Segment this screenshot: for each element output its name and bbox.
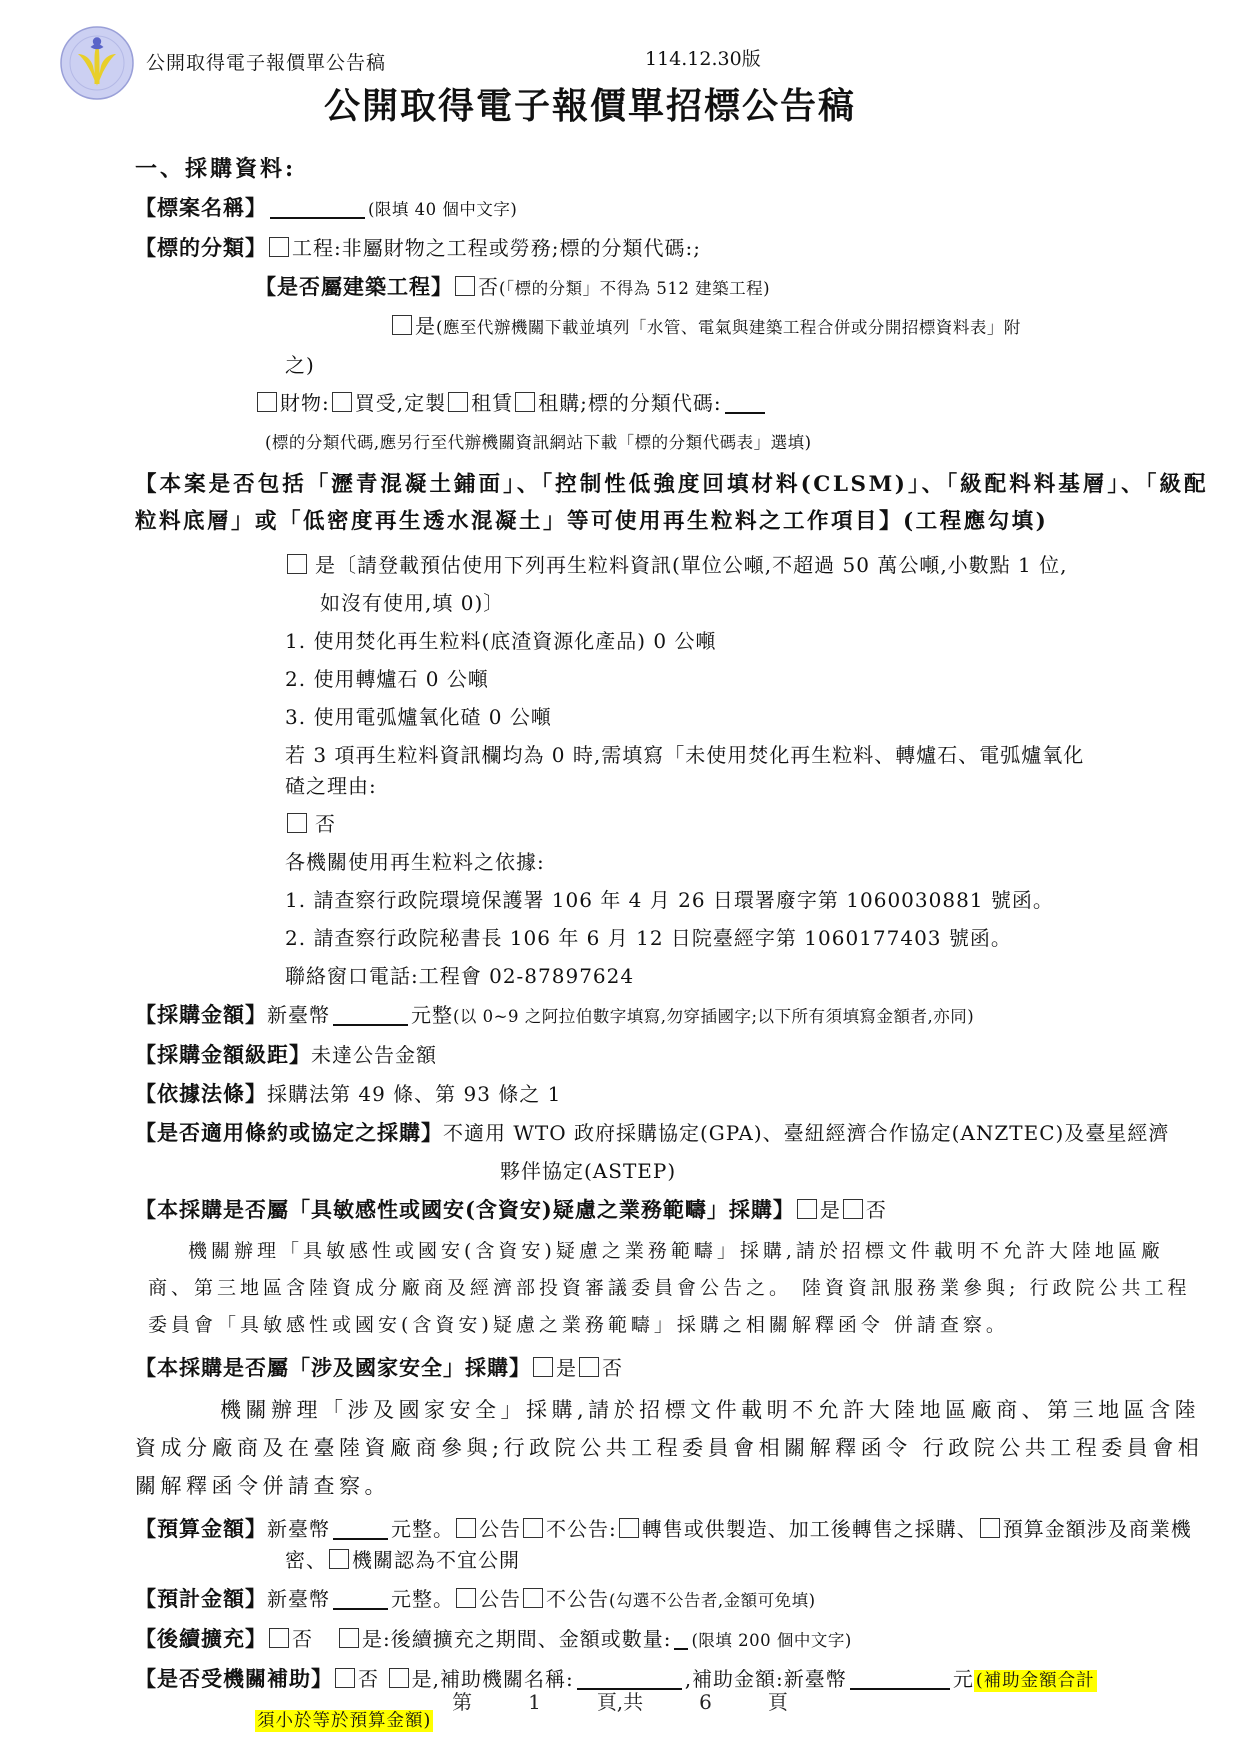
expansion-row: 【後續擴充】否是:後續擴充之期間、金額或數量:(限填 200 個中文字) — [135, 1623, 1208, 1656]
sensitive-yes-text: 是 — [820, 1198, 841, 1222]
form-body: 一、採購資料: 【標案名稱】(限填 40 個中文字) 【標的分類】工程:非屬財物… — [135, 152, 1208, 1744]
treaty-line2-row: 夥伴協定(ASTEP) — [500, 1156, 1208, 1187]
checkbox-budget-resale[interactable] — [619, 1518, 639, 1538]
recycled-item3: 3. 使用電弧爐氧化碴 0 公噸 — [285, 705, 552, 729]
recycled-basis1-row: 1. 請查察行政院環境保護署 106 年 4 月 26 日環署廢字第 10600… — [285, 885, 1208, 916]
checkbox-lease[interactable] — [448, 392, 468, 412]
recycled-yes-cont: 如沒有使用,填 0)〕 — [320, 591, 504, 615]
treaty-line1: 不適用 WTO 政府採購協定(GPA)、臺紐經濟合作協定(ANZTEC)及臺星經… — [443, 1121, 1169, 1145]
recycled-yes-row: 是〔請登載預估使用下列再生粒料資訊(單位公噸,不超過 50 萬公噸,小數點 1 … — [285, 550, 1208, 581]
checkbox-budget-trade-secret[interactable] — [980, 1518, 1000, 1538]
amount-label: 【採購金額】 — [135, 1002, 267, 1027]
footer-page-number: 1 — [528, 1690, 541, 1714]
construction-yes-text: 是 — [415, 314, 436, 338]
expansion-label: 【後續擴充】 — [135, 1626, 267, 1651]
legal-label: 【依據法條】 — [135, 1081, 267, 1106]
estimated-note: (勾選不公告者,金額可免填) — [609, 1591, 816, 1610]
legal-row: 【依據法條】採購法第 49 條、第 93 條之 1 — [135, 1078, 1208, 1110]
blank-case-name[interactable] — [270, 196, 365, 219]
classification-label: 【標的分類】 — [135, 235, 267, 260]
checkbox-construction-yes[interactable] — [392, 315, 412, 335]
amount-row: 【採購金額】新臺幣元整(以 0~9 之阿拉伯數字填寫,勿穿插國字;以下所有須填寫… — [135, 999, 1208, 1032]
recycled-basis2-row: 2. 請查察行政院秘書長 106 年 6 月 12 日院臺經字第 1060177… — [285, 923, 1208, 954]
footer-suffix: 頁 — [768, 1690, 788, 1714]
estimated-unit: 元整。 — [391, 1587, 454, 1611]
case-name-label: 【標案名稱】 — [135, 195, 267, 220]
recycled-question: 【本案是否包括「瀝青混凝土鋪面」、「控制性低強度回填材料(CLSM)」、「級配料… — [135, 466, 1208, 540]
natsec-no-text: 否 — [602, 1356, 623, 1380]
checkbox-expansion-yes[interactable] — [339, 1628, 359, 1648]
sensitive-label: 【本採購是否屬「具敏感性或國安(含資安)疑慮之業務範疇」採購】 — [135, 1197, 795, 1222]
checkbox-recycled-no[interactable] — [287, 813, 307, 833]
document-name: 公開取得電子報價單公告稿 — [146, 48, 386, 75]
recycled-item3-row: 3. 使用電弧爐氧化碴 0 公噸 — [285, 702, 1208, 733]
checkbox-construction-no[interactable] — [455, 276, 475, 296]
natsec-label: 【本採購是否屬「涉及國家安全」採購】 — [135, 1355, 531, 1380]
construction-row: 【是否屬建築工程】否(「標的分類」不得為 512 建築工程) — [255, 271, 1208, 304]
checkbox-sensitive-no[interactable] — [843, 1199, 863, 1219]
legal-value: 採購法第 49 條、第 93 條之 1 — [267, 1082, 561, 1106]
natsec-row: 【本採購是否屬「涉及國家安全」採購】是否 — [135, 1352, 1208, 1384]
goods-row: 財物:買受,定製租賃租購;標的分類代碼: — [255, 388, 1208, 419]
checkbox-goods[interactable] — [257, 392, 277, 412]
blank-class-code[interactable] — [725, 391, 765, 414]
estimated-label: 【預計金額】 — [135, 1586, 267, 1611]
recycled-item1-row: 1. 使用焚化再生粒料(底渣資源化產品) 0 公噸 — [285, 626, 1208, 657]
blank-estimated-amount[interactable] — [333, 1587, 388, 1610]
expansion-no-text: 否 — [292, 1627, 313, 1651]
budget-row: 【預算金額】新臺幣元整。公告不公告:轉售或供製造、加工後轉售之採購、預算金額涉及… — [135, 1513, 1208, 1576]
blank-purchase-amount[interactable] — [333, 1003, 408, 1026]
construction-no-note: (「標的分類」不得為 512 建築工程) — [499, 279, 770, 298]
budget-opt3-text: 機關認為不宜公開 — [352, 1548, 520, 1572]
estimated-announce-text: 公告 — [479, 1587, 521, 1611]
recycled-basis-title: 各機關使用再生粒料之依據: — [285, 850, 545, 874]
class-code-note-row: (標的分類代碼,應另行至代辦機關資訊網站下載「標的分類代碼表」選填) — [265, 426, 1208, 458]
checkbox-recycled-yes[interactable] — [287, 554, 307, 574]
section-heading: 一、採購資料: — [135, 152, 1208, 183]
buy-text: 買受,定製 — [355, 391, 446, 415]
hire-text: 租購;標的分類代碼: — [538, 391, 721, 415]
recycled-contact-row: 聯絡窗口電話:工程會 02-87897624 — [285, 961, 1208, 992]
recycled-yes-text: 是〔請登載預估使用下列再生粒料資訊(單位公噸,不超過 50 萬公噸,小數點 1 … — [315, 553, 1067, 577]
recycled-item2-row: 2. 使用轉爐石 0 公噸 — [285, 664, 1208, 695]
estimated-currency: 新臺幣 — [267, 1587, 330, 1611]
budget-currency: 新臺幣 — [267, 1517, 330, 1541]
classification-row: 【標的分類】工程:非屬財物之工程或勞務;標的分類代碼:; — [135, 232, 1208, 264]
range-label: 【採購金額級距】 — [135, 1042, 311, 1067]
blank-budget-amount[interactable] — [333, 1517, 388, 1540]
checkbox-budget-announce[interactable] — [456, 1518, 476, 1538]
estimated-row: 【預計金額】新臺幣元整。公告不公告(勾選不公告者,金額可免填) — [135, 1583, 1208, 1616]
checkbox-budget-not-suitable[interactable] — [329, 1549, 349, 1569]
goods-text: 財物: — [280, 391, 330, 415]
recycled-yes-cont-row: 如沒有使用,填 0)〕 — [320, 588, 1208, 619]
footer-middle: 頁,共 — [597, 1690, 643, 1714]
sensitive-row: 【本採購是否屬「具敏感性或國安(含資安)疑慮之業務範疇」採購】是否 — [135, 1194, 1208, 1226]
amount-unit: 元整 — [411, 1003, 453, 1027]
checkbox-estimated-announce[interactable] — [456, 1588, 476, 1608]
checkbox-natsec-yes[interactable] — [533, 1357, 553, 1377]
construction-yes-note: (應至代辦機關下載並填列「水管、電氣與建築工程合併或分開招標資料表」附 — [436, 318, 1021, 337]
recycled-zero-note-row: 若 3 項再生粒料資訊欄均為 0 時,需填寫「未使用焚化再生粒料、轉爐石、電弧爐… — [285, 740, 1105, 802]
lease-text: 租賃 — [471, 391, 513, 415]
recycled-no-text: 否 — [315, 812, 336, 836]
natsec-yes-text: 是 — [556, 1356, 577, 1380]
treaty-label: 【是否適用條約或協定之採購】 — [135, 1120, 443, 1145]
checkbox-buy[interactable] — [332, 392, 352, 412]
procurement-announcement-page: { "header": { "doc_name": "公開取得電子報價單公告稿"… — [0, 0, 1240, 1754]
case-name-note: (限填 40 個中文字) — [368, 200, 517, 219]
footer-total-pages: 6 — [699, 1690, 712, 1714]
expansion-note: (限填 200 個中文字) — [691, 1631, 851, 1650]
range-row: 【採購金額級距】未達公告金額 — [135, 1039, 1208, 1071]
checkbox-budget-no-announce[interactable] — [523, 1518, 543, 1538]
construction-yes-note-cont-row: 之) — [285, 350, 1208, 381]
class-code-note: (標的分類代碼,應另行至代辦機關資訊網站下載「標的分類代碼表」選填) — [265, 433, 812, 452]
budget-announce-text: 公告 — [479, 1517, 521, 1541]
recycled-contact: 聯絡窗口電話:工程會 02-87897624 — [285, 964, 634, 988]
checkbox-estimated-no-announce[interactable] — [523, 1588, 543, 1608]
checkbox-works[interactable] — [269, 237, 289, 257]
blank-expansion[interactable] — [674, 1627, 688, 1650]
estimated-no-announce-text: 不公告 — [546, 1587, 609, 1611]
checkbox-hire-purchase[interactable] — [515, 392, 535, 412]
recycled-no-row: 否 — [285, 809, 1208, 840]
amount-currency: 新臺幣 — [267, 1003, 330, 1027]
expansion-yes-text: 是:後續擴充之期間、金額或數量: — [362, 1627, 671, 1651]
version-label: 114.12.30版 — [645, 44, 761, 71]
page-footer: 第1頁,共6頁 — [0, 1686, 1240, 1715]
checkbox-natsec-no[interactable] — [579, 1357, 599, 1377]
recycled-basis2: 2. 請查察行政院秘書長 106 年 6 月 12 日院臺經字第 1060177… — [285, 926, 1012, 950]
budget-unit: 元整。 — [391, 1517, 454, 1541]
checkbox-subsidy-yes[interactable] — [389, 1668, 409, 1688]
amount-note: (以 0~9 之阿拉伯數字填寫,勿穿插國字;以下所有須填寫金額者,亦同) — [453, 1007, 974, 1026]
recycled-zero-note: 若 3 項再生粒料資訊欄均為 0 時,需填寫「未使用焚化再生粒料、轉爐石、電弧爐… — [285, 743, 1084, 798]
budget-opt1-text: 轉售或供製造、加工後轉售之採購、 — [642, 1517, 978, 1541]
sensitive-no-text: 否 — [866, 1198, 887, 1222]
construction-no-text: 否 — [478, 275, 499, 299]
natsec-paragraph: 機關辦理「涉及國家安全」採購,請於招標文件載明不允許大陸地區廠商、第三地區含陸資… — [135, 1391, 1208, 1505]
sensitive-paragraph: 機關辦理「具敏感性或國安(含資安)疑慮之業務範疇」採購,請於招標文件載明不允許大… — [148, 1233, 1208, 1344]
range-value: 未達公告金額 — [311, 1043, 437, 1067]
footer-prefix: 第 — [452, 1690, 472, 1714]
construction-yes-note-cont: 之) — [285, 353, 315, 377]
checkbox-subsidy-no[interactable] — [335, 1668, 355, 1688]
budget-no-announce-text: 不公告: — [546, 1517, 617, 1541]
checkbox-expansion-no[interactable] — [269, 1628, 289, 1648]
recycled-item1: 1. 使用焚化再生粒料(底渣資源化產品) 0 公噸 — [285, 629, 716, 653]
recycled-basis-title-row: 各機關使用再生粒料之依據: — [285, 847, 1208, 878]
works-text: 工程:非屬財物之工程或勞務;標的分類代碼:; — [292, 236, 701, 260]
recycled-item2: 2. 使用轉爐石 0 公噸 — [285, 667, 489, 691]
checkbox-sensitive-yes[interactable] — [797, 1199, 817, 1219]
treaty-row: 【是否適用條約或協定之採購】不適用 WTO 政府採購協定(GPA)、臺紐經濟合作… — [135, 1117, 1208, 1149]
page-title: 公開取得電子報價單招標公告稿 — [0, 78, 1180, 129]
budget-label: 【預算金額】 — [135, 1516, 267, 1541]
construction-label: 【是否屬建築工程】 — [255, 274, 453, 299]
construction-yes-row: 是(應至代辦機關下載並填列「水管、電氣與建築工程合併或分開招標資料表」附 — [390, 311, 1208, 343]
case-name-row: 【標案名稱】(限填 40 個中文字) — [135, 192, 1208, 225]
recycled-basis1: 1. 請查察行政院環境保護署 106 年 4 月 26 日環署廢字第 10600… — [285, 888, 1054, 912]
treaty-line2: 夥伴協定(ASTEP) — [500, 1159, 676, 1183]
